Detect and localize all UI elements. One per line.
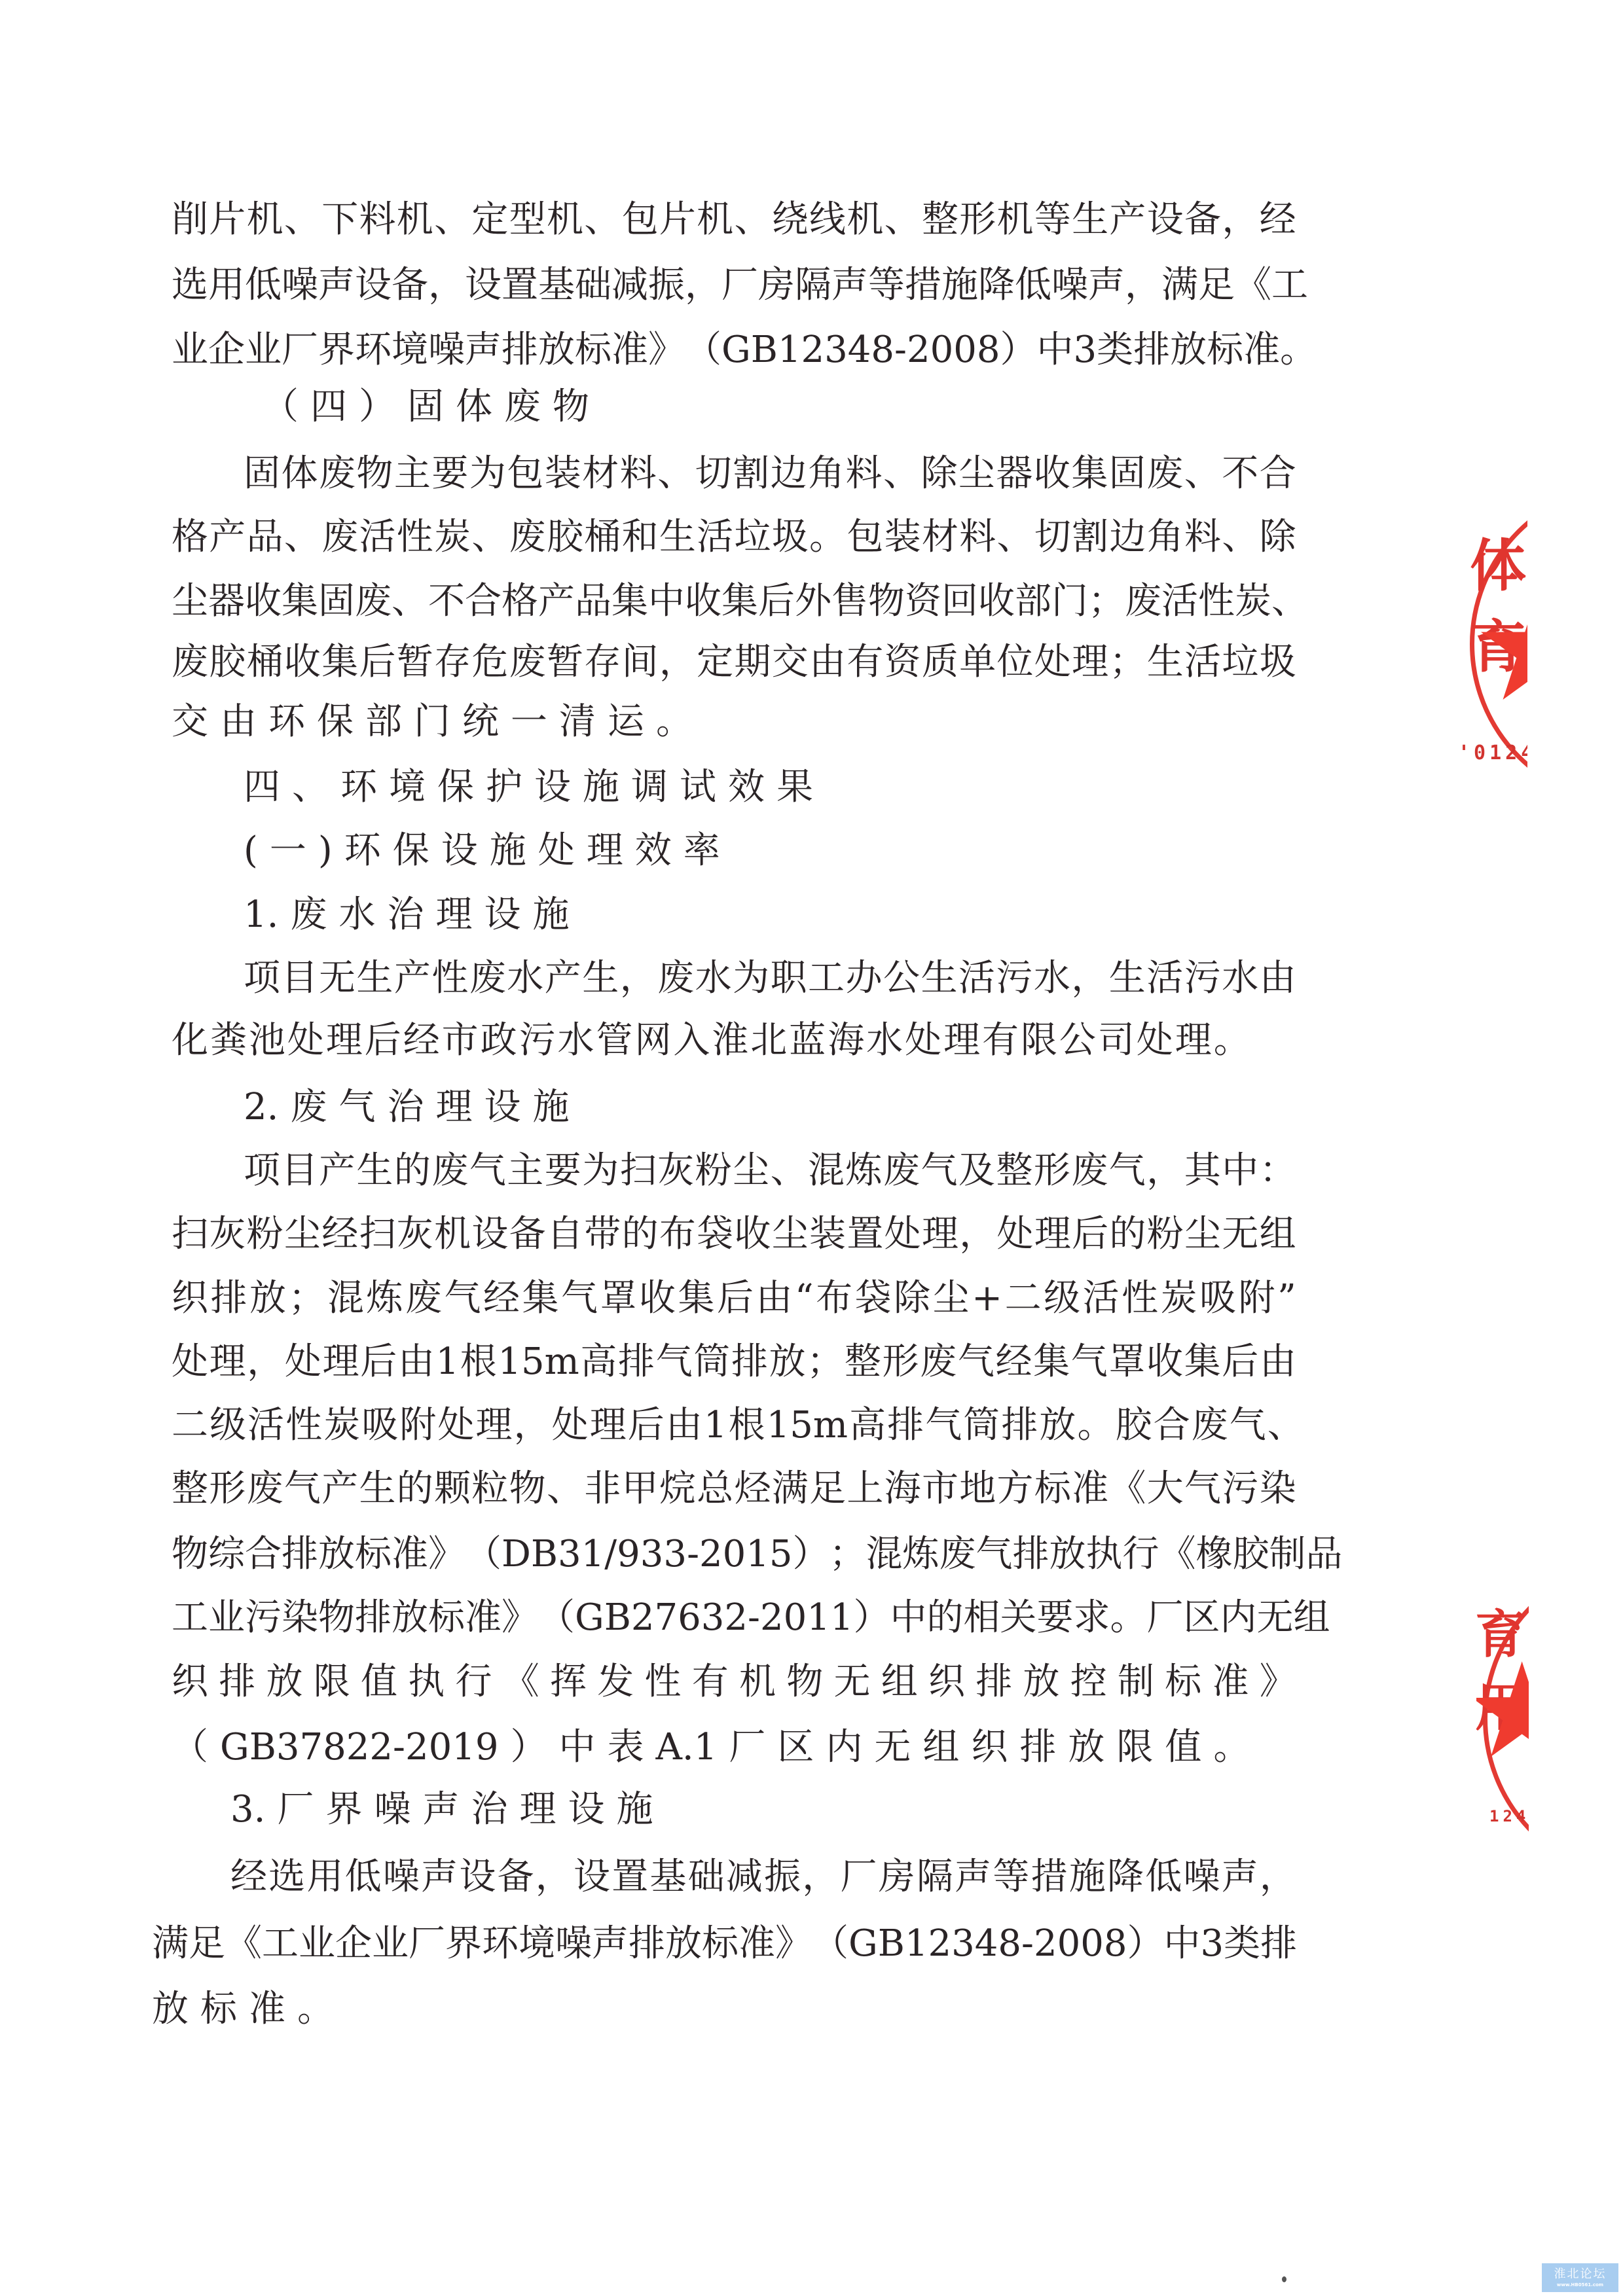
seal-number: 12481 xyxy=(1489,1807,1529,1825)
text-line: 尘器收集固废、不合格产品集中收集后外售物资回收部门；废活性炭、 xyxy=(172,575,1304,628)
text-line: 1.废水治理设施 xyxy=(244,889,581,941)
scan-speck xyxy=(1282,2276,1286,2282)
text-line: 项目产生的废气主要为扫灰粉尘、混炼废气及整形废气，其中： xyxy=(244,1145,1296,1197)
text-line: 放标准。 xyxy=(152,1983,346,2036)
text-line: 四、环境保护设施调试效果 xyxy=(244,761,825,814)
watermark-url: www.HB0561.com xyxy=(1557,2282,1603,2288)
text-line: 满足《工业企业厂界环境噪声排放标准》（GB12348-2008）中3类排 xyxy=(152,1918,1296,1970)
red-seal-stamp-top: 体育 ★ '012481 xyxy=(1450,488,1527,792)
text-line: 废胶桶收集后暂存危废暂存间，定期交由有资质单位处理；生活垃圾 xyxy=(172,636,1296,689)
seal-number: '012481 xyxy=(1458,742,1527,764)
text-line: 3.厂界噪声治理设施 xyxy=(230,1784,665,1836)
text-line: （四）固体废物 xyxy=(262,381,601,433)
text-line: 固体废物主要为包装材料、切割边角料、除尘器收集固废、不合 xyxy=(244,448,1296,500)
text-line: 交由环保部门统一清运。 xyxy=(172,696,704,748)
document-page: 削片机、下料机、定型机、包片机、绕线机、整形机等生产设备，经选用低噪声设备，设置… xyxy=(0,0,1623,2296)
text-line: 二级活性炭吸附处理，处理后由1根15m高排气筒排放。胶合废气、 xyxy=(172,1399,1304,1452)
text-line: 物综合排放标准》（DB31/933-2015）；混炼废气排放执行《橡胶制品 xyxy=(172,1528,1296,1581)
forum-watermark: 淮北论坛 www.HB0561.com xyxy=(1542,2263,1618,2292)
text-line: 整形废气产生的颗粒物、非甲烷总烃满足上海市地方标准《大气污染 xyxy=(172,1463,1296,1515)
star-icon: ★ xyxy=(1471,573,1527,723)
text-line: 项目无生产性废水产生，废水为职工办公生活污水，生活污水由 xyxy=(244,952,1296,1005)
text-line: （GB37822-2019）中表A.1厂区内无组织排放限值。 xyxy=(172,1721,1262,1774)
text-line: 格产品、废活性炭、废胶桶和生活垃圾。包装材料、切割边角料、除 xyxy=(172,511,1296,564)
text-line: 织排放限值执行《挥发性有机物无组织排放控制标准》 xyxy=(172,1656,1296,1708)
text-line: 削片机、下料机、定型机、包片机、绕线机、整形机等生产设备，经 xyxy=(172,194,1296,246)
text-line: (一)环保设施处理效率 xyxy=(244,825,732,877)
text-line: 化粪池处理后经市政污水管网入淮北蓝海水处理有限公司处理。 xyxy=(172,1014,1250,1067)
text-line: 扫灰粉尘经扫灰机设备自带的布袋收尘装置处理，处理后的粉尘无组 xyxy=(172,1208,1296,1261)
text-line: 经选用低噪声设备，设置基础减振，厂房隔声等措施降低噪声， xyxy=(230,1851,1296,1903)
text-line: 工业污染物排放标准》（GB27632-2011）中的相关要求。厂区内无组 xyxy=(172,1592,1296,1644)
text-line: 业企业厂界环境噪声排放标准》（GB12348-2008）中3类排放标准。 xyxy=(172,324,1304,376)
watermark-title: 淮北论坛 xyxy=(1554,2267,1607,2282)
text-line: 2.废气治理设施 xyxy=(244,1081,581,1134)
text-line: 处理，处理后由1根15m高排气筒排放；整形废气经集气罩收集后由 xyxy=(172,1336,1296,1388)
text-line: 织排放；混炼废气经集气罩收集后由“布袋除尘+二级活性炭吸附” xyxy=(172,1272,1296,1325)
text-line: 选用低噪声设备，设置基础减振，厂房隔声等措施降低噪声，满足《工 xyxy=(172,259,1296,312)
star-icon: ★ xyxy=(1476,1646,1529,1777)
red-seal-stamp-bottom: 育用 ★ 12481 xyxy=(1476,1554,1529,1846)
